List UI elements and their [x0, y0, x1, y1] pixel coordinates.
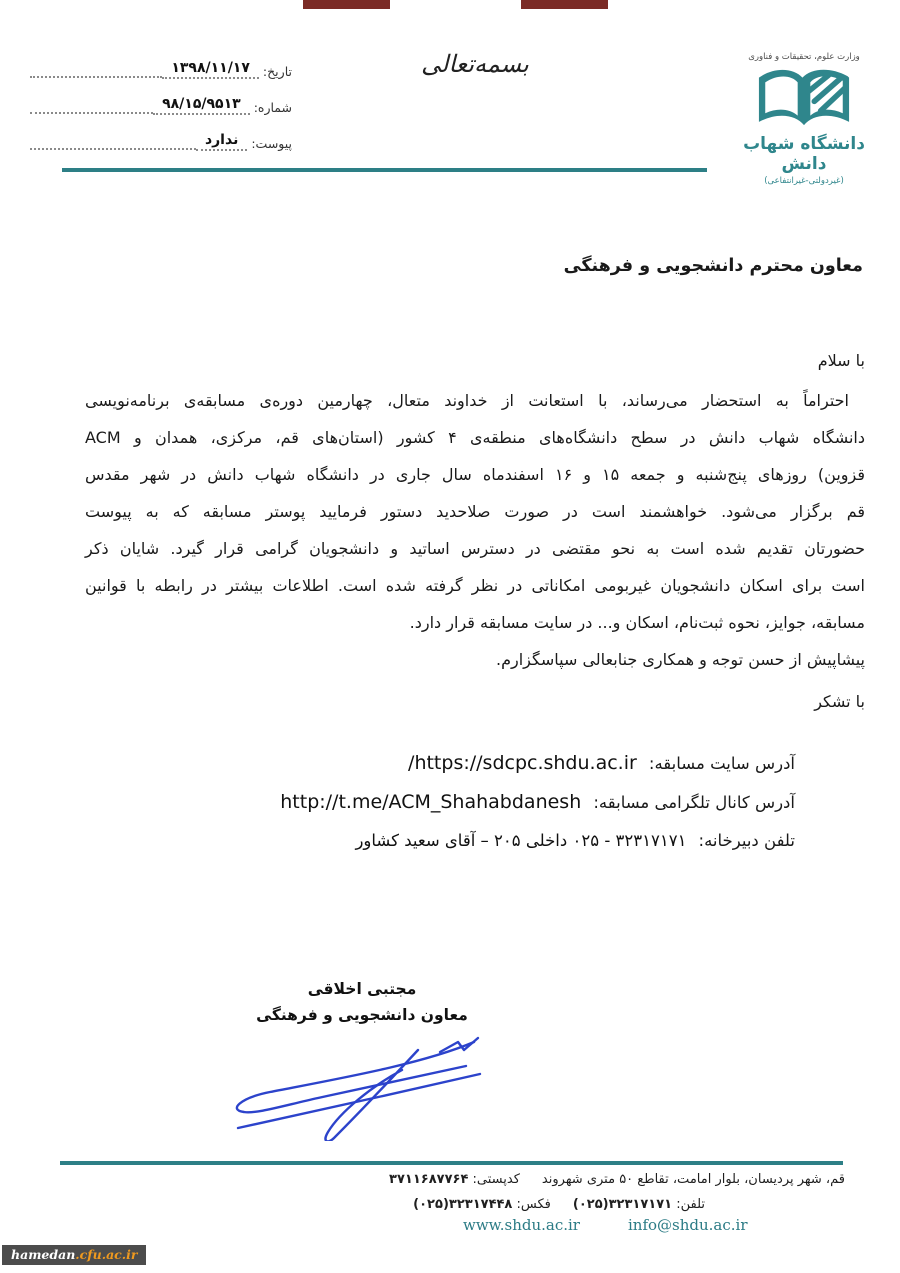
handwritten-signature	[222, 1026, 492, 1141]
signatory-name: مجتبی اخلاقی	[232, 976, 492, 1002]
attachment-label: پیوست:	[247, 136, 292, 151]
date-field: تاریخ: ۱۳۹۸/۱۱/۱۷	[30, 56, 292, 79]
recipient-heading: معاون محترم دانشجویی و فرهنگی	[564, 256, 863, 276]
site-link-row: آدرس سایت مسابقه: https://sdcpc.shdu.ac.…	[280, 744, 795, 783]
secretariat-phone-row: تلفن دبیرخانه: ۳۲۳۱۷۱۷۱ - ۰۲۵ داخلی ۲۰۵ …	[280, 822, 795, 860]
letter-body-line: احتراماً به استحضار می‌رساند، با استعانت…	[85, 382, 865, 419]
footer-phone-line: تلفن: ۳۲۳۱۷۱۷۱(۰۲۵)فکس: ۳۲۳۱۷۴۴۸(۰۲۵)	[413, 1197, 705, 1212]
letter-body-line: با تشکر	[85, 683, 865, 720]
university-name: دانشگاه شهاب دانش	[720, 134, 888, 174]
attachment-value: ندارد	[196, 132, 247, 151]
footer-address-line: قم، شهر پردیسان، بلوار امامت، تقاطع ۵۰ م…	[389, 1172, 845, 1187]
signatory-role: معاون دانشجویی و فرهنگی	[232, 1002, 492, 1028]
letter-body: با سلام احتراماً به استحضار می‌رساند، با…	[85, 342, 865, 720]
telegram-link-url[interactable]: http://t.me/ACM_Shahabdanesh	[280, 791, 581, 813]
letter-body-line: است برای اسکان دانشجویان غیربومی امکانات…	[85, 567, 865, 604]
letterhead-fields: تاریخ: ۱۳۹۸/۱۱/۱۷ شماره: ۹۸/۱۵/۹۵۱۳ پیوس…	[30, 56, 292, 164]
watermark-secondary: .cfu.ac.ir	[75, 1247, 137, 1262]
header-divider	[62, 168, 707, 172]
letter-body-lines: احتراماً به استحضار می‌رساند، با استعانت…	[85, 382, 865, 720]
number-label: شماره:	[250, 100, 292, 115]
telegram-link-label: آدرس کانال تلگرامی مسابقه:	[593, 793, 795, 812]
university-subtitle: (غیردولتی-غیرانتفاعی)	[720, 176, 888, 186]
signature-block: مجتبی اخلاقی معاون دانشجویی و فرهنگی	[232, 976, 492, 1028]
letter-body-line: مسابقه، جوایز، نحوه ثبت‌نام، اسکان و... …	[85, 604, 865, 641]
footer-fax-value: ۳۲۳۱۷۴۴۸(۰۲۵)	[413, 1197, 512, 1212]
letter-body-line: دانشگاه شهاب دانش در سطح دانشگاه‌های منط…	[85, 419, 865, 456]
salutation: با سلام	[85, 342, 865, 379]
university-logo: وزارت علوم، تحقیقات و فناوری دانشگاه شها…	[720, 52, 888, 186]
footer-postal-value: ۳۷۱۱۶۸۷۷۶۴	[389, 1172, 468, 1187]
scan-artifact-bar-right	[521, 0, 608, 9]
ministry-text: وزارت علوم، تحقیقات و فناوری	[720, 52, 888, 62]
attachment-field: پیوست: ندارد	[30, 128, 292, 151]
dotted-line	[30, 112, 153, 114]
letter-body-line: قزوین) روزهای پنج‌شنبه و جمعه ۱۵ و ۱۶ اس…	[85, 456, 865, 493]
footer-website-link[interactable]: www.shdu.ac.ir	[463, 1216, 580, 1234]
site-link-url[interactable]: https://sdcpc.shdu.ac.ir/	[408, 752, 637, 774]
secretariat-phone-value: ۳۲۳۱۷۱۷۱ - ۰۲۵ داخلی ۲۰۵ – آقای سعید کشا…	[355, 831, 686, 850]
footer-address: قم، شهر پردیسان، بلوار امامت، تقاطع ۵۰ م…	[542, 1172, 845, 1187]
dotted-line	[30, 148, 196, 150]
date-value: ۱۳۹۸/۱۱/۱۷	[162, 60, 259, 79]
secretariat-phone-label: تلفن دبیرخانه:	[699, 831, 795, 850]
footer-phone-value: ۳۲۳۱۷۱۷۱(۰۲۵)	[573, 1197, 672, 1212]
number-value: ۹۸/۱۵/۹۵۱۳	[153, 96, 250, 115]
telegram-link-row: آدرس کانال تلگرامی مسابقه: http://t.me/A…	[280, 783, 795, 822]
watermark-primary: hamedan	[11, 1247, 75, 1262]
letter-body-line: پیشاپیش از حسن توجه و همکاری جنابعالی سپ…	[85, 641, 865, 678]
letter-body-line: قم برگزار می‌شود. خواهشمند است در صورت ص…	[85, 493, 865, 530]
watermark-link[interactable]: hamedan.cfu.ac.ir	[2, 1245, 146, 1265]
besmellah-calligraphy: بسمه‌تعالی	[398, 50, 552, 78]
footer-email-link[interactable]: info@shdu.ac.ir	[628, 1216, 748, 1234]
letter-body-line: حضورتان تقدیم شده است به نحو مقتضی در دس…	[85, 530, 865, 567]
open-book-icon	[752, 65, 856, 133]
date-label: تاریخ:	[259, 64, 292, 79]
footer-phone-label: تلفن:	[676, 1197, 705, 1212]
footer-fax-label: فکس:	[517, 1197, 551, 1212]
scanned-letter-page: تاریخ: ۱۳۹۸/۱۱/۱۷ شماره: ۹۸/۱۵/۹۵۱۳ پیوس…	[0, 0, 900, 1273]
contest-links: آدرس سایت مسابقه: https://sdcpc.shdu.ac.…	[280, 744, 795, 860]
footer-web-line: www.shdu.ac.irinfo@shdu.ac.ir	[463, 1216, 748, 1234]
footer-divider	[60, 1161, 843, 1165]
scan-artifact-bar-left	[303, 0, 390, 9]
footer-postal-label: کدپستی:	[473, 1172, 520, 1187]
site-link-label: آدرس سایت مسابقه:	[649, 754, 795, 773]
dotted-line	[30, 76, 162, 78]
number-field: شماره: ۹۸/۱۵/۹۵۱۳	[30, 92, 292, 115]
